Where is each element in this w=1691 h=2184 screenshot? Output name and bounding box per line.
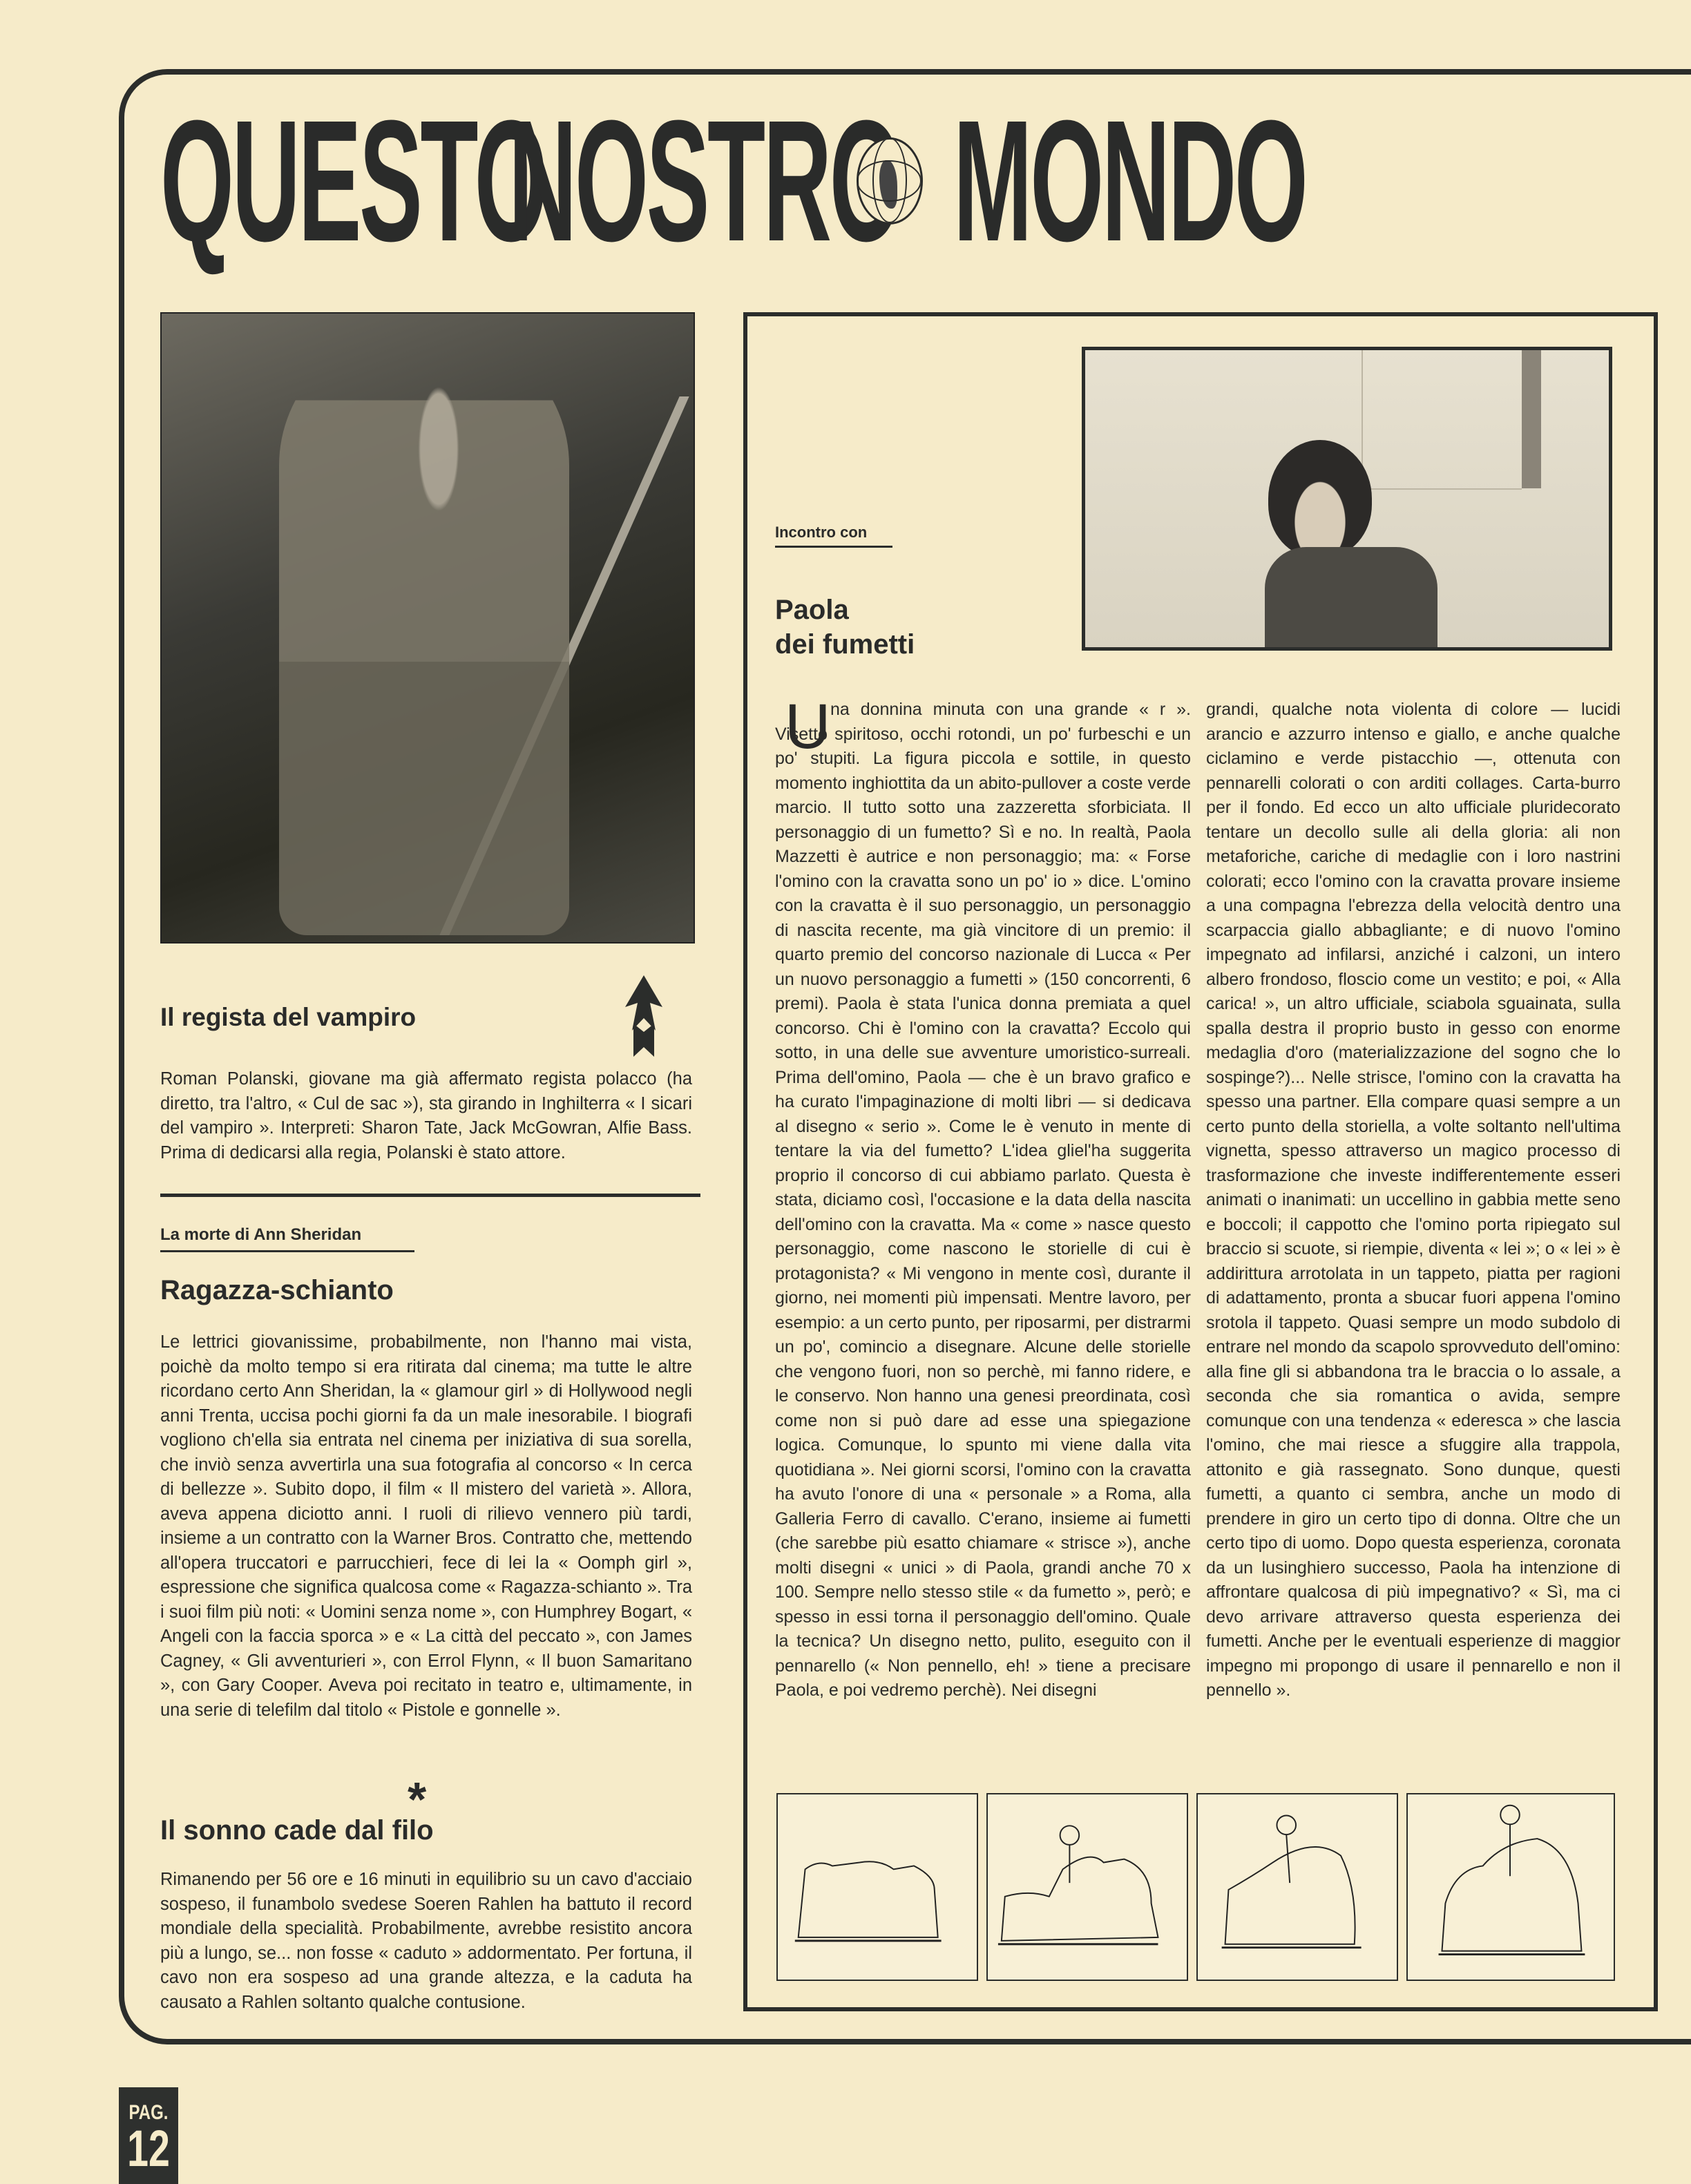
comic-panel-3	[1196, 1793, 1398, 1981]
masthead-word-nostro: NOSTRO	[508, 95, 691, 267]
section-divider	[160, 1194, 700, 1197]
feature-title-line1: Paola	[775, 593, 915, 627]
article-body-regista: Roman Polanski, giovane ma già affermato…	[160, 1067, 692, 1165]
feature-body-col2: grandi, qualche nota violenta di colore …	[1206, 698, 1621, 1703]
feature-title: Paola dei fumetti	[775, 593, 915, 662]
page-number: 12	[126, 2125, 171, 2173]
article-body-sonno: Rimanendo per 56 ore e 16 minuti in equi…	[160, 1868, 692, 2015]
feature-body-col1: na donnina minuta con una grande « r ». …	[775, 698, 1191, 1703]
paola-photo	[1082, 347, 1612, 651]
masthead-word-questo: QUESTO	[160, 95, 339, 267]
article-title-sonno: Il sonno cade dal filo	[160, 1815, 434, 1846]
arrow-up-icon	[625, 975, 662, 1057]
masthead-word-mondo: MONDO	[953, 95, 1105, 267]
comic-panel-2	[986, 1793, 1188, 1981]
kicker-underline	[775, 546, 892, 548]
comic-panel-4	[1406, 1793, 1615, 1981]
comic-panel-1	[776, 1793, 978, 1981]
article-body-ragazza: Le lettrici giovanissime, probabilmente,…	[160, 1330, 692, 1723]
article-title-regista: Il regista del vampiro	[160, 1003, 416, 1032]
globe-icon	[857, 137, 923, 224]
polanski-photo	[160, 312, 695, 943]
masthead: QUESTO NOSTRO MONDO	[160, 98, 1230, 264]
article-title-ragazza: Ragazza-schianto	[160, 1275, 394, 1306]
kicker-incontro: Incontro con	[775, 524, 867, 542]
page-number-badge: PAG. 12	[119, 2087, 178, 2184]
feature-title-line2: dei fumetti	[775, 627, 915, 662]
kicker-ann-sheridan: La morte di Ann Sheridan	[160, 1225, 361, 1245]
kicker-underline	[160, 1250, 414, 1252]
